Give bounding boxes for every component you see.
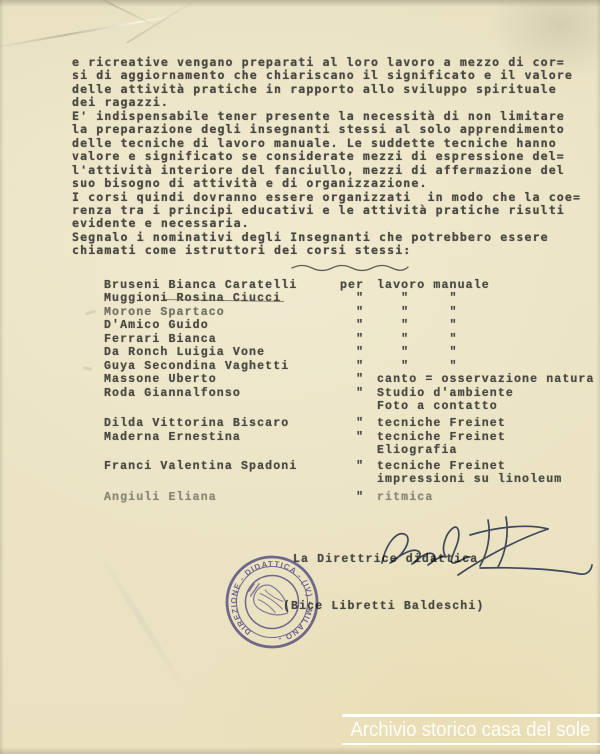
course-subject: " " (377, 333, 458, 346)
stamp-ring-text: DIREZIONE - DIDATTICA - (IV) - MILANO - (213, 543, 331, 661)
course-subject: " " (377, 319, 458, 332)
per-cell: " (340, 417, 364, 430)
instructor-name: Massone Uberto (104, 373, 217, 386)
roster-row: Maderna Ernestina "tecniche Freinet (72, 431, 600, 444)
roster-row: Eliografia (72, 444, 600, 457)
course-subject: canto = osservazione natura (377, 373, 595, 386)
instructor-name: Angiuli Eliana (104, 491, 217, 504)
roster-row: Roda Giannalfonso "Studio d'ambiente (72, 387, 600, 400)
course-subject: Eliografia (377, 444, 458, 457)
course-subject: impressioni su linoleum (377, 473, 562, 486)
per-cell: per (340, 279, 364, 292)
scanned-letter-page: e ricreative vengano preparati al loro l… (0, 0, 600, 754)
roster-row: D'Amico Guido " " " (72, 319, 600, 332)
instructor-name: Da Ronch Luigia Vone (104, 346, 265, 359)
instructor-roster: Bruseni Bianca Caratelliperlavoro manual… (72, 279, 600, 504)
watermark-text: Archivio storico casa del sole (342, 717, 582, 743)
instructor-name: Franci Valentina Spadoni (104, 460, 297, 473)
per-cell: " (340, 306, 364, 319)
course-subject: " " (377, 346, 458, 359)
letter-body-text: e ricreative vengano preparati al loro l… (72, 56, 581, 258)
per-cell: " (340, 360, 364, 373)
course-subject: ritmica (377, 491, 433, 504)
paper-edge-shadow-bottom (0, 747, 600, 754)
wavy-underline (290, 262, 410, 274)
per-cell: " (340, 346, 364, 359)
per-cell: " (340, 387, 364, 400)
roster-row: Franci Valentina Spadoni "tecniche Frein… (72, 460, 600, 473)
roster-row: impressioni su linoleum (72, 473, 600, 486)
course-subject: " " (377, 360, 458, 373)
per-cell: " (340, 491, 364, 504)
instructor-name: Roda Giannalfonso (104, 387, 241, 400)
per-cell: " (340, 373, 364, 386)
instructor-name: Bruseni Bianca Caratelli (104, 279, 297, 292)
course-subject: Foto a contatto (377, 400, 498, 413)
per-cell: " (340, 333, 364, 346)
roster-row: Ferrari Bianca " " " (72, 333, 600, 346)
course-subject: tecniche Freinet (377, 431, 506, 444)
watermark-rule-bottom (342, 743, 600, 746)
instructor-name: D'Amico Guido (104, 319, 209, 332)
archive-watermark: Archivio storico casa del sole (342, 714, 600, 745)
per-cell: " (340, 460, 364, 473)
roster-row: Foto a contatto (72, 400, 600, 413)
course-subject: lavoro manuale (377, 279, 490, 292)
roster-row: Morone Spartaco " " " (72, 306, 600, 319)
roster-row: Massone Uberto "canto = osservazione nat… (72, 373, 600, 386)
paper-crease (0, 13, 187, 50)
course-subject: tecniche Freinet (377, 417, 506, 430)
instructor-name: Dilda Vittorina Biscaro (104, 417, 289, 430)
roster-row: Da Ronch Luigia Vone " " " (72, 346, 600, 359)
roster-row: Angiuli Eliana "ritmica (72, 491, 600, 504)
instructor-name: Morone Spartaco (104, 306, 225, 319)
instructor-name: Maderna Ernestina (104, 431, 241, 444)
roster-row: Dilda Vittorina Biscaro "tecniche Freine… (72, 417, 600, 430)
paper-crease (92, 544, 187, 691)
per-cell: " (340, 431, 364, 444)
roster-row: Guya Secondina Vaghetti " " " (72, 360, 600, 373)
per-cell: " (340, 292, 364, 305)
instructor-name: Guya Secondina Vaghetti (104, 360, 289, 373)
paper-edge-shadow-left (0, 0, 4, 754)
instructor-name: Ferrari Bianca (104, 333, 217, 346)
official-stamp: DIREZIONE - DIDATTICA - (IV) - MILANO - (213, 543, 331, 661)
roster-row: Muggioni Rosina Ciucci " " " (72, 292, 600, 305)
instructor-name: Muggioni Rosina Ciucci (104, 292, 281, 305)
course-subject: " " (377, 292, 458, 305)
per-cell: " (340, 319, 364, 332)
handwritten-signature (330, 505, 600, 600)
svg-text:DIREZIONE - DIDATTICA - (IV) -: DIREZIONE - DIDATTICA - (IV) - MILANO - (213, 543, 331, 661)
course-subject: Studio d'ambiente (377, 387, 514, 400)
course-subject: tecniche Freinet (377, 460, 506, 473)
roster-row: Bruseni Bianca Caratelliperlavoro manual… (72, 279, 600, 292)
course-subject: " " (377, 306, 458, 319)
